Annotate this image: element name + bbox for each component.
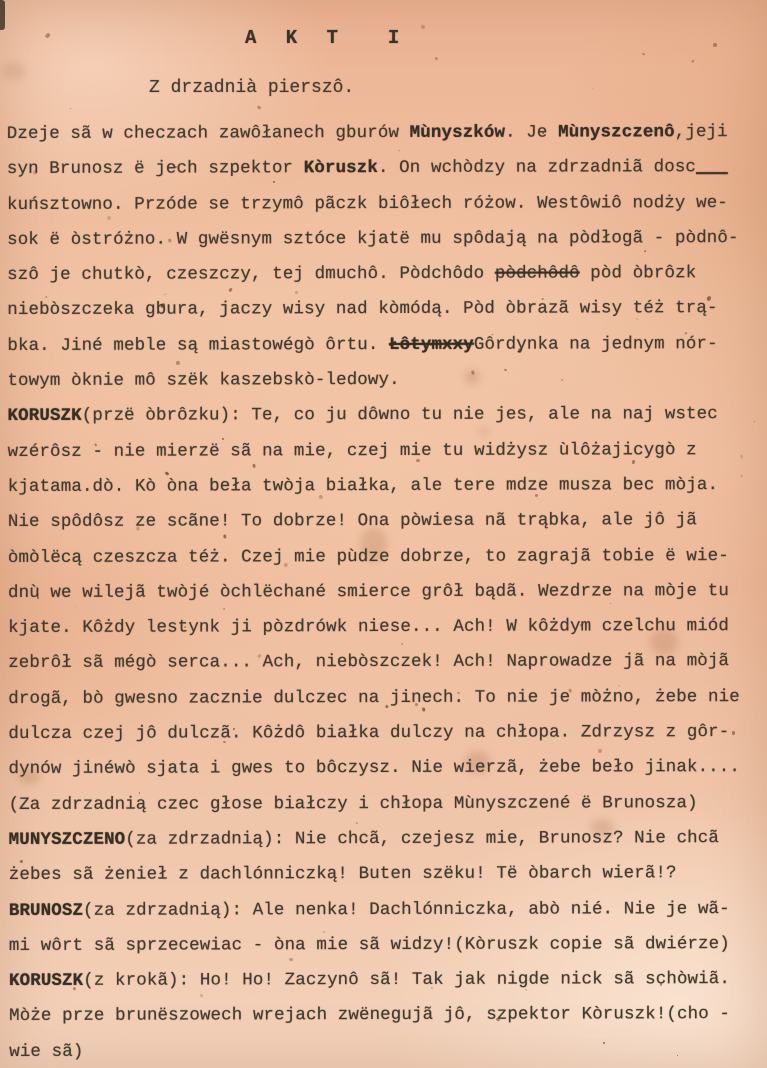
text-segment: mi wôrt sã sprzecewiac - òna mie sã widz… [9, 934, 730, 956]
text-segment-bold: Mùnyszków [410, 123, 505, 143]
script-line: drogã, bò gwesno zacznie dulczec na jine… [8, 680, 763, 717]
text-segment: wzérôsz - nie mierzë sã na mie, czej mie… [8, 440, 697, 462]
script-line: dulcza czej jô dulczã. Kôżdô białka dulc… [8, 715, 763, 752]
text-segment-strike-bold: Łôtymxxy [389, 335, 474, 355]
foxing-speck [713, 43, 717, 47]
script-body: Dzeje sã w checzach zawôłanech gburów Mù… [7, 115, 764, 1068]
text-segment: dulcza czej jô dulczã. Kôżdô białka dulc… [8, 722, 729, 744]
script-line: Mòże prze brunëszowech wrejach zwënegujã… [9, 997, 764, 1034]
foxing-speck [591, 88, 593, 90]
script-line: mi wôrt sã sprzecewiac - òna mie sã widz… [9, 927, 764, 964]
script-line: zebrôł sã mégò serca... Ach, niebòszczek… [8, 644, 763, 681]
text-segment: . Je [505, 123, 558, 143]
text-segment: kuńsztowno. Przóde se trzymô pãczk biôłe… [7, 193, 728, 215]
text-segment: (przë òbrôzku): Te, co ju dôwno tu nie j… [82, 405, 718, 427]
text-segment-bold: MUNYSZCZENO [9, 830, 126, 850]
text-segment: dnù we wilejã twòjé òchlëchané smierce g… [8, 581, 729, 603]
script-line: kuńsztowno. Przóde se trzymô pãczk biôłe… [7, 186, 762, 223]
script-line: syn Brunosz ë jech szpektor Kòruszk. On … [7, 150, 762, 187]
text-segment: wie sã) [9, 1042, 83, 1062]
script-line: BRUNOSZ(za zdrzadnią): Ale nenka! Dachló… [9, 892, 764, 929]
script-line: òmòlëcą czeszcza téż. Czej mie pùdze dob… [8, 539, 763, 576]
text-segment: niebòszczeka gbura, jaczy wisy nad kòmód… [7, 299, 717, 321]
text-segment: sok ë òstróżno. W gwësnym sztóce kjatë m… [7, 228, 739, 250]
text-segment: (z krokã): Ho! Ho! Zaczynô sã! Tak jak n… [83, 969, 730, 991]
script-line: (Za zdrzadnią czec głose białczy i chłop… [9, 786, 764, 823]
script-line: żebes sã żenieł z dachlónniczką! Buten s… [9, 856, 764, 893]
text-segment: Mòże prze brunëszowech wrejach zwënegujã… [9, 1005, 730, 1027]
text-segment: bka. Jiné meble są miastowégò ôrtu. [7, 335, 389, 356]
text-segment-bold: KORUSZK [9, 971, 83, 991]
script-line: KORUSZK(z krokã): Ho! Ho! Zaczynô sã! Ta… [9, 962, 764, 999]
scan-edge-artifact [0, 0, 5, 30]
script-line: wzérôsz - nie mierzë sã na mie, czej mie… [8, 433, 763, 470]
text-segment: pòd òbrôzk [580, 263, 697, 283]
foxing-speck [691, 59, 694, 62]
foxing-speck [420, 24, 426, 30]
paper-stain [2, 62, 26, 80]
script-line: kjate. Kôżdy lestynk ji pòzdrówk niese..… [8, 609, 763, 646]
script-line: Nie spôdôsz ze scãne! To dobrze! Ona pòw… [8, 503, 763, 540]
text-segment: syn Brunosz ë jech szpektor [7, 159, 304, 180]
text-segment: szô je chutkò, czeszczy, tej dmuchô. Pòd… [7, 264, 495, 285]
text-segment: ,jeji [675, 122, 728, 142]
script-line: wie sã) [9, 1033, 764, 1068]
text-segment: (Za zdrzadnią czec głose białczy i chłop… [9, 793, 698, 815]
manuscript-page: A K T I Z drzadnià pierszô. Dzeje sã w c… [0, 0, 767, 1068]
text-segment-bold: KORUSZK [8, 406, 82, 426]
text-segment-bold: Mùnyszczenô [558, 122, 675, 142]
text-segment: òmòlëcą czeszcza téż. Czej mie pùdze dob… [8, 546, 729, 568]
script-line: sok ë òstróżno. W gwësnym sztóce kjatë m… [7, 221, 762, 258]
text-segment-underline [696, 157, 728, 177]
script-line: niebòszczeka gbura, jaczy wisy nad kòmód… [7, 291, 762, 328]
foxing-speck [44, 32, 50, 38]
script-line: MUNYSZCZENO(za zdrzadnią): Nie chcã, cze… [9, 821, 764, 858]
text-segment: zebrôł sã mégò serca... Ach, niebòszczek… [8, 652, 729, 674]
foxing-speck [435, 57, 438, 60]
foxing-speck [70, 108, 72, 110]
script-line: dynów jinéwò sjata i gwes to bôczysz. Ni… [8, 750, 763, 787]
text-segment-bold: BRUNOSZ [9, 900, 83, 920]
text-segment-strike: pòdchôdô [495, 264, 580, 284]
script-line: szô je chutkò, czeszczy, tej dmuchô. Pòd… [7, 256, 762, 293]
text-segment: dynów jinéwò sjata i gwes to bôczysz. Ni… [8, 757, 740, 779]
text-segment: drogã, bò gwesno zacznie dulczec na jine… [8, 687, 740, 709]
text-segment-bold: Kòruszk [304, 158, 378, 178]
text-segment: kjatama.dò. Kò òna beła twòja białka, al… [8, 475, 718, 497]
act-title: A K T I [245, 27, 408, 49]
scene-subtitle: Z drzadnià pierszô. [149, 78, 354, 98]
text-segment: Gôrdynka na jednym nór- [474, 334, 718, 355]
text-segment: (za zdrzadnią): Ale nenka! Dachlónniczka… [83, 899, 730, 921]
text-segment: towym òknie mô szëk kaszebskò-ledowy. [7, 370, 399, 391]
script-line: dnù we wilejã twòjé òchlëchané smierce g… [8, 574, 763, 611]
text-segment: . On wchòdzy na zdrzadniã dosc [378, 157, 696, 178]
text-segment: żebes sã żenieł z dachlónniczką! Buten s… [9, 863, 677, 885]
script-line: KORUSZK(przë òbrôzku): Te, co ju dôwno t… [7, 397, 762, 434]
script-line: Dzeje sã w checzach zawôłanech gburów Mù… [7, 115, 762, 152]
foxing-speck [642, 53, 646, 57]
foxing-speck [256, 105, 261, 110]
text-segment: Dzeje sã w checzach zawôłanech gburów [7, 123, 410, 144]
text-segment: kjate. Kôżdy lestynk ji pòzdrówk niese..… [8, 616, 729, 638]
text-segment: Nie spôdôsz ze scãne! To dobrze! Ona pòw… [8, 510, 697, 532]
text-segment: (za zdrzadnią): Nie chcã, czejesz mie, B… [125, 828, 719, 850]
script-line: kjatama.dò. Kò òna beła twòja białka, al… [8, 468, 763, 505]
script-line: bka. Jiné meble są miastowégò ôrtu. Łôty… [7, 327, 762, 364]
script-line: towym òknie mô szëk kaszebskò-ledowy. [7, 362, 762, 399]
